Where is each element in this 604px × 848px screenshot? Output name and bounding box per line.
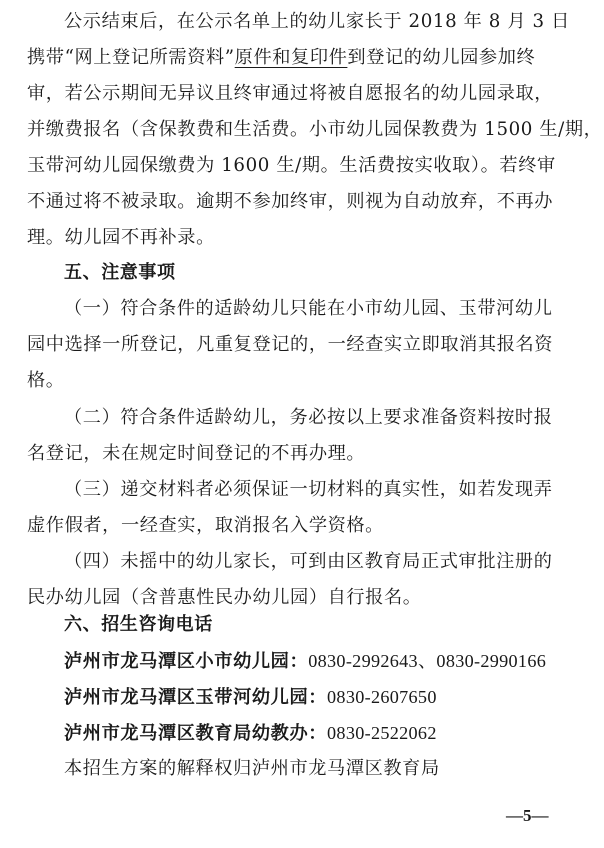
contact-name: 泸州市龙马潭区玉带河幼儿园：	[64, 687, 327, 708]
section-5-item-1-line-3: 格。	[27, 363, 583, 399]
section-5-heading: 五、注意事项	[64, 255, 583, 291]
paragraph-1-line-1: 公示结束后，在公示名单上的幼儿家长于 2018 年 8 月 3 日	[64, 4, 583, 40]
paragraph-1-line-6: 不通过将不被录取。逾期不参加终审，则视为自动放弃，不再办	[27, 184, 583, 220]
paragraph-1-line-7: 理。幼儿园不再补录。	[27, 220, 583, 256]
paragraph-1-line-5: 玉带河幼儿园保缴费为 1600 生/期。生活费按实收取）。若终审	[27, 148, 583, 184]
contact-phone: 0830-2522062	[327, 723, 437, 743]
page-number: —5—	[506, 806, 549, 826]
section-5-item-4-line-1: （四）未摇中的幼儿家长，可到由区教育局正式审批注册的	[64, 544, 583, 580]
section-5-item-3-line-1: （三）递交材料者必须保证一切材料的真实性，如若发现弄	[64, 472, 583, 508]
contact-row: 泸州市龙马潭区玉带河幼儿园：0830-2607650	[64, 679, 583, 715]
document-page: 公示结束后，在公示名单上的幼儿家长于 2018 年 8 月 3 日 携带“网上登…	[0, 0, 604, 848]
section-5-item-1-line-1: （一）符合条件的适龄幼儿只能在小市幼儿园、玉带河幼儿	[64, 291, 583, 327]
underlined-text: 原件和复印件	[235, 47, 348, 68]
section-6-heading: 六、招生咨询电话	[64, 607, 583, 643]
contact-phone: 0830-2992643、0830-2990166	[308, 651, 546, 671]
contact-row: 泸州市龙马潭区小市幼儿园：0830-2992643、0830-2990166	[64, 643, 583, 679]
text: 到登记的幼儿园参加终	[347, 47, 535, 68]
paragraph-1-line-2: 携带“网上登记所需资料”原件和复印件到登记的幼儿园参加终	[27, 40, 583, 76]
paragraph-1-line-3: 审，若公示期间无异议且终审通过将被自愿报名的幼儿园录取，	[27, 76, 583, 112]
contact-name: 泸州市龙马潭区小市幼儿园：	[64, 651, 308, 672]
section-5-item-2-line-1: （二）符合条件适龄幼儿，务必按以上要求准备资料按时报	[64, 400, 583, 436]
contact-phone: 0830-2607650	[327, 687, 437, 707]
contact-row: 泸州市龙马潭区教育局幼教办：0830-2522062	[64, 715, 583, 751]
text: 携带“网上登记所需资料”	[27, 47, 235, 68]
section-5-item-3-line-2: 虚作假者，一经查实，取消报名入学资格。	[27, 508, 583, 544]
section-5-item-1-line-2: 园中选择一所登记，凡重复登记的，一经查实立即取消其报名资	[27, 327, 583, 363]
paragraph-1-line-4: 并缴费报名（含保教费和生活费。小市幼儿园保教费为 1500 生/期，	[27, 112, 583, 148]
contact-name: 泸州市龙马潭区教育局幼教办：	[64, 723, 327, 744]
section-5-item-2-line-2: 名登记，未在规定时间登记的不再办理。	[27, 436, 583, 472]
interpretation-note: 本招生方案的解释权归泸州市龙马潭区教育局	[64, 751, 583, 787]
